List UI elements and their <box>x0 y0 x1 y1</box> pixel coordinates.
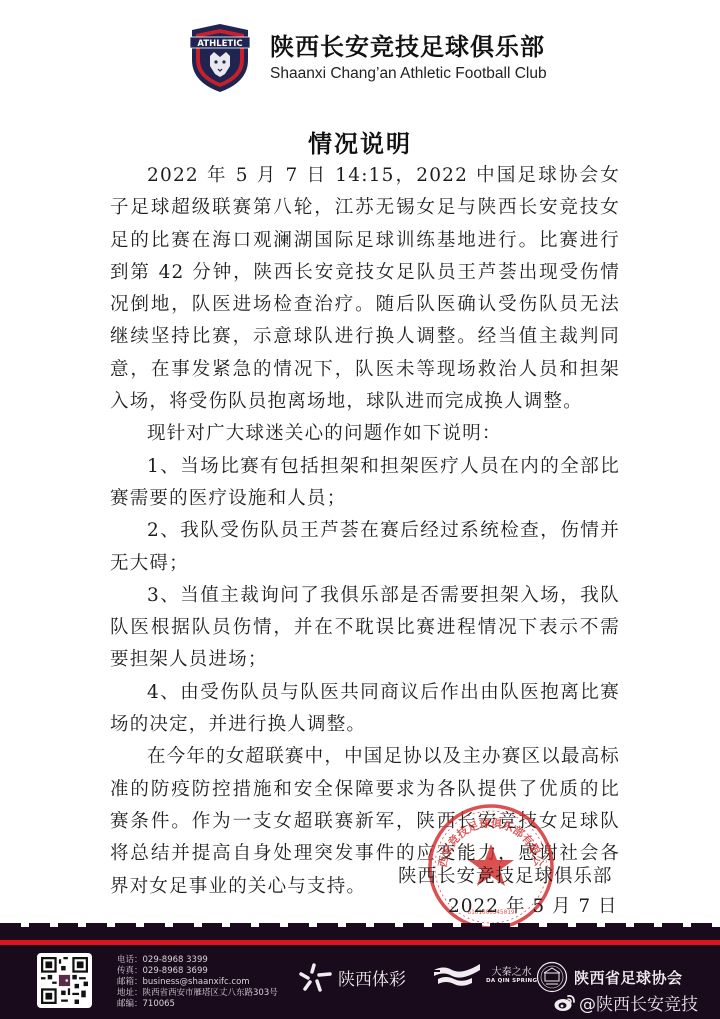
contact-postcode: 邮编：710065 <box>117 999 278 1010</box>
contact-phone: 电话：029-8968 3399 <box>117 955 278 966</box>
signature-date: 2022 年 5 月 7 日 <box>398 892 628 922</box>
footer-red-stripe <box>0 940 720 945</box>
contact-fax: 传真：029-8968 3699 <box>117 966 278 977</box>
qr-code[interactable] <box>37 953 92 1008</box>
paragraph-point-3: 3、当值主裁询问了我俱乐部是否需要担架入场，我队队医根据队员伤情，并在不耽误比赛… <box>110 580 620 677</box>
club-crest-icon: ATHLETIC <box>188 22 252 94</box>
contact-email: 邮箱：business@shaanxifc.com <box>117 977 278 988</box>
document-body: 2022 年 5 月 7 日 14:15，2022 中国足球协会女子足球超级联赛… <box>110 160 620 903</box>
contact-address: 地址：陕西省西安市雁塔区丈八东路303号 <box>117 988 278 999</box>
signature-organization: 陕西长安竞技足球俱乐部 <box>398 862 628 892</box>
contact-info: 电话：029-8968 3399 传真：029-8968 3699 邮箱：bus… <box>117 955 278 1010</box>
signature-block: 陕西长安竞技足球俱乐部 2022 年 5 月 7 日 <box>398 862 628 922</box>
paragraph-point-4: 4、由受伤队员与队医共同商议后作出由队医抱离比赛场的决定，并进行换人调整。 <box>110 677 620 742</box>
paragraph-intro: 现针对广大球迷关心的问题作如下说明： <box>110 418 620 450</box>
club-name-english: Shaanxi Chang’an Athletic Football Club <box>270 64 547 84</box>
club-header: ATHLETIC 陕西长安竞技足球俱乐部 Shaanxi Chang’an At… <box>188 20 547 96</box>
weibo-icon <box>554 994 576 1012</box>
paragraph-point-2: 2、我队受伤队员王芦荟在赛后经过系统检查，伤情并无大碍； <box>110 515 620 580</box>
paragraph-point-1: 1、当场比赛有包括担架和担架医疗人员在内的全部比赛需要的医疗设施和人员； <box>110 451 620 516</box>
partner-lottery-label: 陕西体彩 <box>338 965 406 990</box>
partner-daqin-en: DA QIN SPRING <box>486 978 537 985</box>
paragraph-incident: 2022 年 5 月 7 日 14:15，2022 中国足球协会女子足球超级联赛… <box>110 160 620 418</box>
lottery-star-icon <box>298 962 332 992</box>
club-name-chinese: 陕西长安竞技足球俱乐部 <box>270 32 547 62</box>
document-title: 情况说明 <box>0 124 720 159</box>
association-emblem-icon <box>536 961 568 993</box>
partner-shaanxi-lottery: 陕西体彩 <box>298 962 406 992</box>
svg-text:ATHLETIC: ATHLETIC <box>197 39 242 49</box>
partner-association-label: 陕西省足球协会 <box>574 967 683 988</box>
weibo-handle: @陕西长安竞技 <box>579 990 698 1015</box>
weibo-watermark: @陕西长安竞技 <box>554 990 698 1015</box>
daqin-flag-icon <box>432 962 482 990</box>
partner-daqin-spring: 大秦之水 DA QIN SPRING <box>432 962 537 990</box>
partner-daqin-cn: 大秦之水 <box>492 967 532 978</box>
partner-shaanxi-fa: 陕西省足球协会 <box>536 961 683 993</box>
